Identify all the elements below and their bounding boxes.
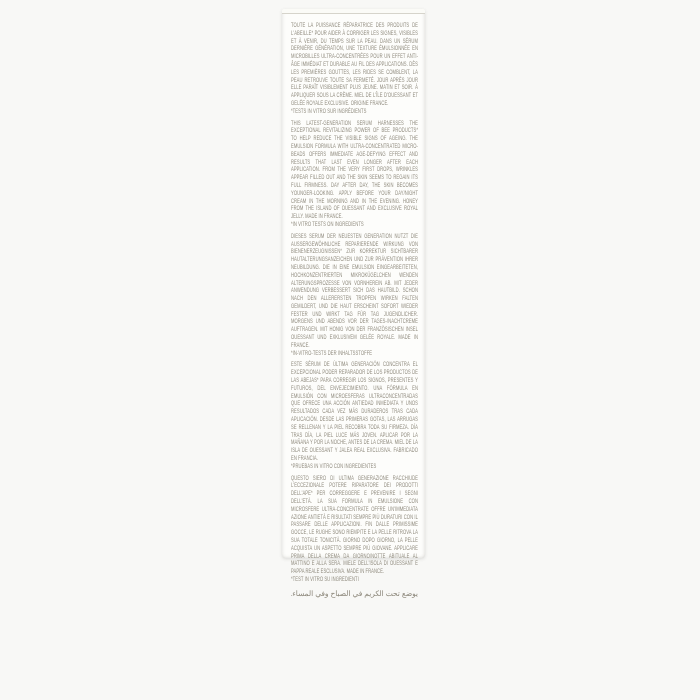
footnote-de: *IN-VITRO-TESTS DER INHALTSSTOFFE bbox=[291, 350, 418, 358]
ingredients-text-de: DIESES SERUM DER NEUESTEN GENERATION NUT… bbox=[291, 233, 418, 350]
footnote-es: *PRUEBAS IN VITRO CON INGREDIENTES bbox=[291, 463, 418, 471]
footnote-it: *TEST IN VITRO SU INGREDIENTI bbox=[291, 576, 418, 584]
footnote-fr: *TESTS IN VITRO SUR INGRÉDIENTS bbox=[291, 108, 418, 116]
box-printed-panel: TOUTE LA PUISSANCE RÉPARATRICE DES PRODU… bbox=[291, 22, 418, 552]
ingredients-text-es: ESTE SÉRUM DE ÚLTIMA GENERACIÓN CONCENTR… bbox=[291, 361, 418, 462]
arabic-usage-line: يوضع تحت الكريم في الصباح وفي المساء. bbox=[291, 588, 418, 599]
product-box: TOUTE LA PUISSANCE RÉPARATRICE DES PRODU… bbox=[282, 9, 425, 558]
ingredients-text-it: QUESTO SIERO DI ULTIMA GENERAZIONE RACCH… bbox=[291, 475, 418, 576]
ingredients-text-fr: TOUTE LA PUISSANCE RÉPARATRICE DES PRODU… bbox=[291, 22, 418, 108]
page: { "colors": { "page_background": "#f8f8f… bbox=[0, 0, 700, 700]
footnote-en: *IN VITRO TESTS ON INGREDIENTS bbox=[291, 221, 418, 229]
multilingual-text-block: TOUTE LA PUISSANCE RÉPARATRICE DES PRODU… bbox=[291, 22, 418, 584]
ingredients-text-en: THIS LATEST-GENERATION SERUM HARNESSES T… bbox=[291, 120, 418, 221]
product-photo: TOUTE LA PUISSANCE RÉPARATRICE DES PRODU… bbox=[0, 0, 700, 700]
box-top-flap-edge bbox=[282, 9, 425, 14]
